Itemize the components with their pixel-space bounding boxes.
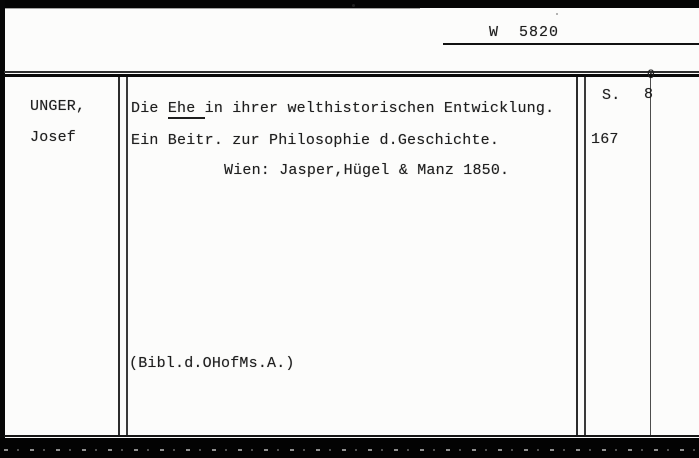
author-forename: Josef [30,130,76,146]
scan-edge-top [0,0,699,8]
scan-noise-speckles [4,449,696,451]
subtitle-line: Ein Beitr. zur Philosophie d.Geschichte. [131,133,499,149]
margin-number: 167 [591,132,619,148]
library-note: (Bibl.d.OHofMs.A.) [129,356,295,372]
margin-inner-divider [650,77,651,435]
scanned-card-background [0,0,699,458]
imprint-line: Wien: Jasper,Hügel & Manz 1850. [224,163,509,179]
card-top-rule-thick [4,74,699,77]
shelfmark-underline-rule [443,43,699,45]
shelfmark-text: W 5820 [489,25,559,41]
margin-stray-digit: 0 [647,68,655,82]
margin-s-label: S. [602,88,620,104]
scan-edge-left [0,0,5,440]
card-bottom-rule [4,435,699,437]
card-top-rule-thin [4,71,699,73]
author-surname: UNGER, [30,99,85,115]
title-rest: in ihrer welthistorischen Entwicklung. [205,100,555,117]
scan-dust-speck [556,13,558,15]
title-underlined-word: Ehe [168,100,205,119]
margin-column-divider [576,77,586,435]
author-column-divider [118,77,128,435]
scan-dust-speck [352,4,355,7]
scan-edge-bottom [0,438,699,458]
title-pre: Die [131,100,168,117]
margin-page-number: 8 [644,87,653,103]
title-line: Die Ehe in ihrer welthistorischen Entwic… [131,101,554,117]
